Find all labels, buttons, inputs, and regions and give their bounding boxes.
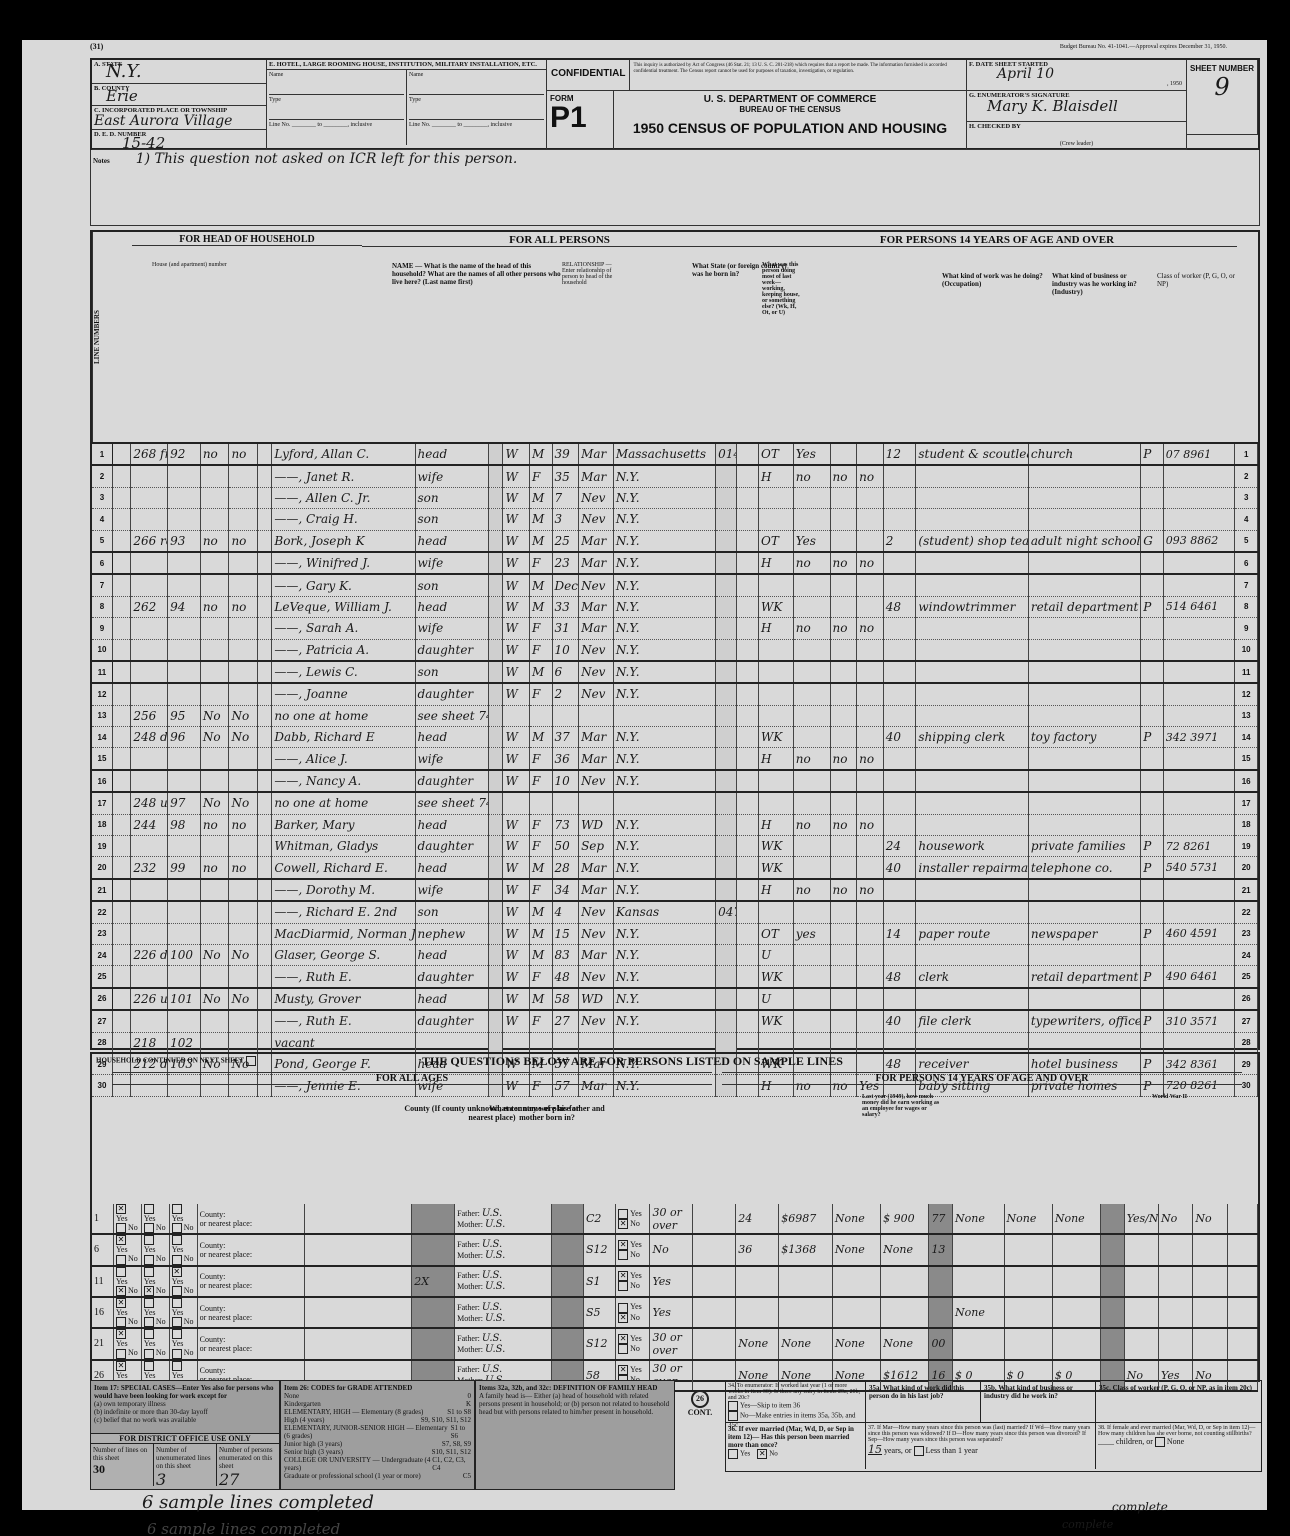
state-value: N.Y.: [92, 61, 266, 82]
cell-race: W: [503, 530, 530, 552]
cell-street: [112, 443, 130, 465]
yes-checkbox[interactable]: ✕: [618, 1271, 628, 1281]
sample-cell-q31b: [832, 1297, 880, 1328]
grade-code-label: Senior high (3 years): [284, 1448, 343, 1456]
cell-acres: No: [229, 727, 258, 748]
cell-birthplace: N.Y.: [613, 465, 715, 487]
cell-rel: daughter: [415, 639, 489, 661]
q36-yes-checkbox[interactable]: [728, 1449, 738, 1459]
cell-farm: [200, 748, 229, 770]
no-checkbox[interactable]: [116, 1255, 126, 1265]
cell-q18: [857, 857, 884, 879]
sample-cell-q31a: $1368: [779, 1234, 833, 1265]
cell-lnr: 21: [1235, 879, 1258, 901]
cell-age: 3: [552, 509, 579, 530]
q37-less-checkbox[interactable]: [914, 1446, 924, 1456]
table-row: 22——, Richard E. 2ndsonWM4NevKansas04722: [92, 901, 1258, 923]
cell-class: P: [1141, 966, 1163, 988]
item17-b: (b) indefinite or more than 30-day layof…: [94, 1408, 276, 1416]
cell-agq: [258, 639, 272, 661]
line-number: 27: [92, 1010, 112, 1032]
cell-marital: Sep: [579, 836, 614, 857]
yes-checkbox[interactable]: [116, 1267, 126, 1277]
no-checkbox[interactable]: ✕: [116, 1286, 126, 1296]
cell-farm: [200, 770, 229, 792]
cell-lnr: 28: [1235, 1032, 1258, 1053]
cell-code: [1163, 618, 1235, 639]
sample-cell-q32a: None: [953, 1204, 1005, 1234]
mother-country: U.S.: [485, 1250, 505, 1261]
father-country: U.S.: [482, 1302, 502, 1313]
cell-occupation: installer repairman: [916, 857, 1028, 879]
cell-lnr: 25: [1235, 966, 1258, 988]
cell-acres: [229, 683, 258, 705]
cell-name: Whitman, Gladys: [272, 836, 415, 857]
cell-age: 73: [552, 814, 579, 835]
cell-q16: [793, 487, 830, 508]
cell-q18: [857, 574, 884, 596]
cell-class: P: [1141, 836, 1163, 857]
cell-agq: [258, 1010, 272, 1032]
father-label: Father:: [457, 1334, 480, 1343]
sample-cell-school: Yes: [650, 1266, 693, 1297]
cell-occupation: [916, 465, 1028, 487]
cell-name: ——, Dorothy M.: [272, 879, 415, 901]
cell-nat: [736, 923, 758, 944]
cell-b: [716, 661, 736, 683]
notes-box: Notes 1) This question not asked on ICR …: [90, 150, 1260, 226]
sample-cell-q30: [736, 1297, 779, 1328]
line-number: 2: [92, 465, 112, 487]
yes-checkbox[interactable]: [172, 1235, 182, 1245]
cell-a: [489, 465, 503, 487]
cell-farm: [200, 923, 229, 944]
sample-cell-finish: Yes✕No: [616, 1297, 650, 1328]
yes-checkbox[interactable]: ✕: [116, 1235, 126, 1245]
cell-q18: [857, 727, 884, 748]
cell-serial: 92: [168, 443, 201, 465]
yes-checkbox[interactable]: ✕: [172, 1267, 182, 1277]
cell-agq: [258, 1032, 272, 1053]
cell-q18: no: [857, 465, 884, 487]
table-row: 24226 down100NoNoGlaser, George S.headWM…: [92, 944, 1258, 965]
no-checkbox[interactable]: [172, 1317, 182, 1327]
cell-class: [1141, 901, 1163, 923]
line-number: 26: [92, 988, 112, 1010]
sample-line-number: 1: [92, 1204, 113, 1234]
sample-cell-state: [304, 1204, 411, 1234]
father-label: Father:: [457, 1240, 480, 1249]
cell-a: [489, 443, 503, 465]
no-checkbox[interactable]: [172, 1349, 182, 1359]
cell-serial: [168, 923, 201, 944]
cell-class: [1141, 683, 1163, 705]
cell-house: [131, 748, 168, 770]
grade-code-label: Junior high (3 years): [284, 1440, 342, 1448]
sample-cell-state: [304, 1234, 411, 1265]
sample-cell-q29: [693, 1297, 736, 1328]
cell-code: 514 6461: [1163, 596, 1235, 617]
cell-hours: 14: [883, 923, 916, 944]
yes-checkbox[interactable]: ✕: [618, 1334, 628, 1344]
q36-no-checkbox[interactable]: ✕: [757, 1449, 767, 1459]
household-continued: HOUSEHOLD CONTINUED ON NEXT SHEET: [96, 1056, 258, 1066]
cell-street: [112, 944, 130, 965]
no-checkbox[interactable]: [172, 1255, 182, 1265]
yes-checkbox[interactable]: [172, 1298, 182, 1308]
nearest-place-label: or nearest place:: [200, 1313, 302, 1322]
cell-nat: [736, 748, 758, 770]
sample-section-title: THE QUESTIONS BELOW ARE FOR PERSONS LIST…: [422, 1054, 843, 1069]
cell-sex: M: [530, 988, 552, 1010]
cell-a: [489, 509, 503, 530]
cell-acres: [229, 639, 258, 661]
table-row: 25——, Ruth E.daughterWF48NevN.Y.WK48cler…: [92, 966, 1258, 988]
cell-street: [112, 836, 130, 857]
cell-marital: Nev: [579, 1010, 614, 1032]
no-checkbox[interactable]: [172, 1223, 182, 1233]
q37-suffix: years, or: [884, 1446, 912, 1455]
cell-activity: [758, 770, 793, 792]
hotel-name-label: Name: [269, 72, 404, 78]
line-number: 12: [92, 683, 112, 705]
mother-country: U.S.: [485, 1281, 505, 1292]
cell-farm: [200, 683, 229, 705]
cell-code: [1163, 552, 1235, 574]
cell-activity: H: [758, 552, 793, 574]
cell-sex: [530, 1032, 552, 1053]
cell-acres: no: [229, 530, 258, 552]
cell-a: [489, 487, 503, 508]
cell-age: 6: [552, 661, 579, 683]
item17-box: Item 17: SPECIAL CASES—Enter Yes also fo…: [90, 1380, 280, 1490]
no-checkbox[interactable]: [116, 1349, 126, 1359]
cell-sex: M: [530, 944, 552, 965]
cell-a: [489, 574, 503, 596]
table-row: 1268 front92nonoLyford, Allan C.headWM39…: [92, 443, 1258, 465]
cell-birthplace: N.Y.: [613, 966, 715, 988]
cell-q16: [793, 683, 830, 705]
cell-hours: [883, 901, 916, 923]
cell-serial: 96: [168, 727, 201, 748]
sheet-number: 9: [1187, 73, 1257, 101]
cell-a: [489, 944, 503, 965]
no-checkbox[interactable]: [144, 1255, 154, 1265]
no-checkbox[interactable]: [116, 1317, 126, 1327]
family-head-title: Items 32a, 32b, and 32c: DEFINITION OF F…: [479, 1384, 671, 1392]
no-checkbox[interactable]: [618, 1344, 628, 1354]
table-row: 5266 rear93nonoBork, Joseph KheadWM25Mar…: [92, 530, 1258, 552]
cell-a: [489, 792, 503, 814]
cell-street: [112, 988, 130, 1010]
cell-a: [489, 618, 503, 639]
cell-nat: [736, 465, 758, 487]
yes-checkbox[interactable]: [144, 1361, 154, 1371]
line-number: 3: [92, 487, 112, 508]
cell-activity: WK: [758, 857, 793, 879]
no-checkbox[interactable]: [144, 1317, 154, 1327]
cell-b: [716, 857, 736, 879]
cell-q16: [793, 705, 830, 726]
cell-house: [131, 879, 168, 901]
item17-c: (c) belief that no work was available: [94, 1416, 276, 1424]
no-checkbox[interactable]: [144, 1349, 154, 1359]
cell-age: 27: [552, 1010, 579, 1032]
sample-cell-state: [304, 1297, 411, 1328]
sample-cell-q31c: [881, 1266, 929, 1297]
cell-house: [131, 639, 168, 661]
yes-checkbox[interactable]: [172, 1329, 182, 1339]
cell-age: 34: [552, 879, 579, 901]
line-number: 7: [92, 574, 112, 596]
cell-q16: [793, 639, 830, 661]
cell-rel: head: [415, 857, 489, 879]
cell-activity: WK: [758, 727, 793, 748]
cell-q18: [857, 901, 884, 923]
cell-activity: [758, 901, 793, 923]
sample-cell-q31a: None: [779, 1328, 833, 1359]
cell-industry: [1028, 988, 1140, 1010]
unenumerated-count: 3: [156, 1470, 214, 1489]
table-row: 826294nonoLeVeque, William J.headWM33Mar…: [92, 596, 1258, 617]
cell-birthplace: N.Y.: [613, 552, 715, 574]
yes-checkbox[interactable]: [144, 1235, 154, 1245]
sample-cell-q30: 24: [736, 1204, 779, 1234]
yes-checkbox[interactable]: ✕: [116, 1204, 126, 1214]
cell-age: [552, 1032, 579, 1053]
cell-race: W: [503, 1010, 530, 1032]
no-checkbox[interactable]: [172, 1286, 182, 1296]
table-row: 21——, Dorothy M.wifeWF34MarN.Y.Hnonono21: [92, 879, 1258, 901]
cell-industry: newspaper: [1028, 923, 1140, 944]
cell-street: [112, 966, 130, 988]
cell-activity: OT: [758, 530, 793, 552]
sample-cell-other: No: [1193, 1204, 1227, 1234]
cell-farm: [200, 661, 229, 683]
sample-cell-q31b: None: [832, 1234, 880, 1265]
sample-cell-q31c: $ 900: [881, 1204, 929, 1234]
cell-nat: [736, 639, 758, 661]
cell-lnr: 5: [1235, 530, 1258, 552]
cell-farm: [200, 487, 229, 508]
cell-occupation: paper route: [916, 923, 1028, 944]
yes-checkbox[interactable]: [618, 1303, 628, 1313]
sample-cell-f: [929, 1297, 953, 1328]
grade-code-label: COLLEGE OR UNIVERSITY — Undergraduate (4…: [284, 1456, 432, 1472]
cell-nat: [736, 727, 758, 748]
cell-serial: 99: [168, 857, 201, 879]
sample-cell-e: [551, 1328, 583, 1359]
yes-checkbox[interactable]: [172, 1361, 182, 1371]
yes-checkbox[interactable]: [144, 1329, 154, 1339]
cell-marital: Nev: [579, 683, 614, 705]
sample-cell-other: [1193, 1297, 1227, 1328]
cell-street: [112, 552, 130, 574]
cell-marital: Nev: [579, 923, 614, 944]
cell-occupation: [916, 792, 1028, 814]
cell-occupation: housework: [916, 836, 1028, 857]
cell-b: [716, 465, 736, 487]
sample-cell-other: [1193, 1234, 1227, 1265]
cell-nat: [736, 901, 758, 923]
household-continued-checkbox[interactable]: [246, 1056, 256, 1066]
cell-birthplace: N.Y.: [613, 814, 715, 835]
father-country: U.S.: [482, 1239, 502, 1250]
grade-code-value: C1, C2, C3, C4: [432, 1456, 471, 1472]
cell-name: ——, Winifred J.: [272, 552, 415, 574]
no-checkbox[interactable]: [618, 1250, 628, 1260]
cell-industry: retail department store: [1028, 966, 1140, 988]
cell-rel: daughter: [415, 1010, 489, 1032]
yes-checkbox[interactable]: [144, 1267, 154, 1277]
sample-row: 1✕YesNoYesNoYesNoCounty:or nearest place…: [92, 1204, 1258, 1234]
cell-code: [1163, 487, 1235, 508]
population-table: FOR HEAD OF HOUSEHOLD FOR ALL PERSONS FO…: [90, 230, 1260, 1050]
cell-name: ——, Nancy A.: [272, 770, 415, 792]
cell-agq: [258, 857, 272, 879]
cell-rel: [415, 1032, 489, 1053]
sample-cell-q32b: None: [1004, 1204, 1052, 1234]
no-checkbox[interactable]: ✕: [618, 1219, 628, 1229]
cell-street: [112, 727, 130, 748]
sample-cell-school: 30 or over: [650, 1328, 693, 1359]
cell-activity: U: [758, 944, 793, 965]
cell-birthplace: N.Y.: [613, 727, 715, 748]
cell-q17: [830, 966, 857, 988]
cell-q17: [830, 770, 857, 792]
sample-cell-q23: ✕YesNo: [169, 1266, 197, 1297]
sample-cell-q21: ✕YesNo: [113, 1234, 141, 1265]
cell-q16: [793, 836, 830, 857]
cell-code: [1163, 661, 1235, 683]
cell-occupation: [916, 661, 1028, 683]
cell-marital: Nev: [579, 639, 614, 661]
cell-house: [131, 836, 168, 857]
cell-b: [716, 705, 736, 726]
cell-lnr: 7: [1235, 574, 1258, 596]
ed-number-field: d. E. D. NUMBER 15-42: [92, 130, 267, 150]
cell-sex: F: [530, 1010, 552, 1032]
cell-b: [716, 944, 736, 965]
q38-none-checkbox[interactable]: [1155, 1437, 1165, 1447]
no-checkbox[interactable]: ✕: [144, 1286, 154, 1296]
cell-rel: head: [415, 988, 489, 1010]
cell-sex: F: [530, 879, 552, 901]
cell-birthplace: N.Y.: [613, 683, 715, 705]
sample-cell-d: [412, 1204, 455, 1234]
cell-lnr: 4: [1235, 509, 1258, 530]
q34-no-checkbox[interactable]: [728, 1411, 738, 1421]
cell-q17: [830, 857, 857, 879]
sample-cell-q30: None: [736, 1328, 779, 1359]
cell-street: [112, 487, 130, 508]
cell-code: 540 5731: [1163, 857, 1235, 879]
q34-text: 34. To enumerator: If worked last year (…: [728, 1383, 863, 1401]
cell-sex: M: [530, 509, 552, 530]
cell-house: [131, 901, 168, 923]
no-checkbox[interactable]: ✕: [618, 1313, 628, 1323]
cell-agq: [258, 487, 272, 508]
cell-sex: M: [530, 487, 552, 508]
cell-activity: H: [758, 618, 793, 639]
hotel-line-label-2: Line No. ________ to ________, inclusive: [409, 119, 544, 128]
cell-lnr: 26: [1235, 988, 1258, 1010]
q34-yes-checkbox[interactable]: [728, 1401, 738, 1411]
yes-checkbox[interactable]: [144, 1298, 154, 1308]
cell-q16: [793, 1032, 830, 1053]
cell-class: G: [1141, 530, 1163, 552]
no-checkbox[interactable]: [618, 1281, 628, 1291]
cell-industry: [1028, 879, 1140, 901]
sample-cell-q23: YesNo: [169, 1234, 197, 1265]
cell-hours: 24: [883, 836, 916, 857]
year-suffix: , 1950: [1167, 81, 1182, 87]
cell-q18: [857, 487, 884, 508]
cell-hours: [883, 487, 916, 508]
no-checkbox[interactable]: [116, 1223, 126, 1233]
cell-agq: [258, 792, 272, 814]
cell-race: W: [503, 923, 530, 944]
cell-house: [131, 487, 168, 508]
hotel-type-label-2: Type: [409, 94, 544, 103]
sample-cell-county: County:or nearest place:: [197, 1297, 304, 1328]
cell-serial: [168, 639, 201, 661]
cell-name: MacDiarmid, Norman J.: [272, 923, 415, 944]
yes-checkbox[interactable]: ✕: [116, 1329, 126, 1339]
cell-farm: No: [200, 727, 229, 748]
cell-q17: [830, 944, 857, 965]
cell-class: [1141, 748, 1163, 770]
cell-b: [716, 770, 736, 792]
sheet-header: a. STATE N.Y. b. COUNTY Erie c. INCORPOR…: [90, 58, 1260, 150]
cell-class: [1141, 944, 1163, 965]
yes-checkbox[interactable]: ✕: [618, 1240, 628, 1250]
cell-acres: [229, 770, 258, 792]
cell-farm: No: [200, 944, 229, 965]
cell-industry: [1028, 465, 1140, 487]
sample-cell-q21: ✕YesNo: [113, 1204, 141, 1234]
cell-acres: No: [229, 988, 258, 1010]
table-row: 12——, JoannedaughterWF2NevN.Y.12: [92, 683, 1258, 705]
cell-sex: F: [530, 836, 552, 857]
yes-checkbox[interactable]: ✕: [116, 1361, 126, 1371]
cell-q18: [857, 836, 884, 857]
yes-checkbox[interactable]: [618, 1209, 628, 1219]
cell-a: [489, 923, 503, 944]
cell-nat: [736, 792, 758, 814]
cell-house: [131, 618, 168, 639]
yes-checkbox[interactable]: [172, 1204, 182, 1214]
cell-serial: 94: [168, 596, 201, 617]
cell-hours: [883, 748, 916, 770]
cell-code: [1163, 792, 1235, 814]
yes-checkbox[interactable]: ✕: [116, 1298, 126, 1308]
no-checkbox[interactable]: [144, 1223, 154, 1233]
cell-b: [716, 792, 736, 814]
footer-codes: Item 17: SPECIAL CASES—Enter Yes also fo…: [90, 1380, 1260, 1490]
table-row: 4——, Craig H.sonWM3NevN.Y.4: [92, 509, 1258, 530]
cell-nat: [736, 1032, 758, 1053]
cell-activity: H: [758, 465, 793, 487]
yes-checkbox[interactable]: [144, 1204, 154, 1214]
yes-checkbox[interactable]: ✕: [618, 1365, 628, 1375]
cell-q18: [857, 923, 884, 944]
sample-cell-grade: S1: [583, 1266, 615, 1297]
father-country: U.S.: [482, 1333, 502, 1344]
cell-lnr: 15: [1235, 748, 1258, 770]
sample-line-number: 21: [92, 1328, 113, 1359]
cell-q17: [830, 705, 857, 726]
